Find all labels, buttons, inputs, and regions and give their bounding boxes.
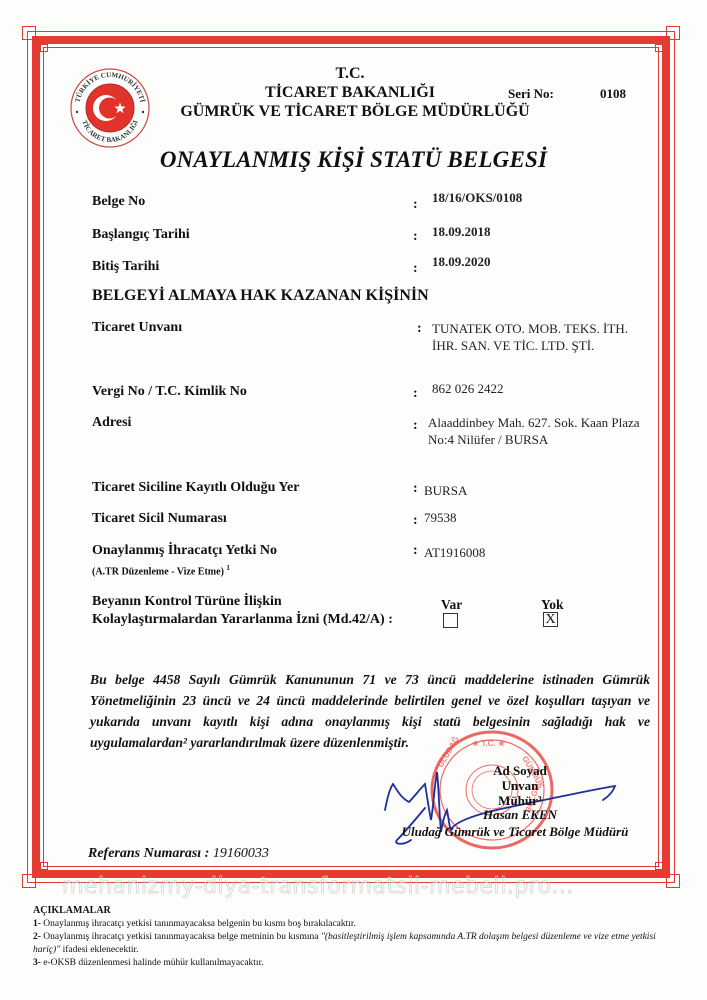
exporter-auth-sublabel: (A.TR Düzenleme - Vize Etme) 1 bbox=[92, 564, 230, 577]
option-no-checkbox[interactable]: X bbox=[543, 612, 558, 627]
option-yes-label: Var bbox=[441, 597, 462, 613]
signatory-name: Hasan EKEN bbox=[460, 807, 580, 822]
start-date-value: 18.09.2018 bbox=[432, 224, 491, 240]
reference-number: Referans Numarası : 19160033 bbox=[88, 846, 269, 862]
frame-corner-ornament bbox=[655, 44, 663, 52]
note-item: 3- e-OKSB düzenlenmesi halinde mühür kul… bbox=[33, 957, 683, 970]
exporter-auth-label: Onaylanmış İhracatçı Yetki No bbox=[92, 543, 277, 559]
registry-place-label: Ticaret Siciline Kayıtlı Olduğu Yer bbox=[92, 480, 299, 496]
address-value-line2: No:4 Nilüfer / BURSA bbox=[428, 432, 548, 448]
colon: : bbox=[413, 481, 418, 497]
tax-no-value: 862 026 2422 bbox=[432, 381, 504, 397]
end-date-value: 18.09.2020 bbox=[432, 254, 491, 270]
end-date-label: Bitiş Tarihi bbox=[92, 259, 159, 275]
colon: : bbox=[413, 513, 418, 529]
registry-place-value: BURSA bbox=[424, 483, 467, 499]
frame-corner-ornament bbox=[22, 874, 36, 888]
facilitation-label-line2: Kolaylaştırmalardan Yararlanma İzni (Md.… bbox=[92, 612, 393, 628]
frame-corner-ornament bbox=[40, 44, 48, 52]
ministry-seal-icon: TÜRKİYE CUMHURİYETİ TİCARET BAKANLIĞI bbox=[69, 67, 151, 149]
watermark-text: mehanizmy-dlya-transformatsii-mebeli.pro… bbox=[62, 874, 574, 899]
facilitation-label-line1: Beyanın Kontrol Türüne İlişkin bbox=[92, 594, 282, 610]
tax-no-label: Vergi No / T.C. Kimlik No bbox=[92, 384, 247, 400]
trade-name-value-line1: TUNATEK OTO. MOB. TEKS. İTH. bbox=[432, 321, 628, 337]
frame-corner-ornament bbox=[655, 862, 663, 870]
note-item: 2- Onaylanmış ihracatçı yetkisi tanınmay… bbox=[33, 931, 683, 957]
svg-text:★ T.C. ★: ★ T.C. ★ bbox=[472, 739, 506, 748]
document-no-label: Belge No bbox=[92, 194, 145, 210]
header-country: T.C. bbox=[180, 64, 520, 83]
exporter-auth-value: AT1916008 bbox=[424, 545, 485, 561]
colon: : bbox=[417, 321, 422, 337]
note-item: 1- Onaylanmış ihracatçı yetkisi tanınmay… bbox=[33, 918, 683, 931]
start-date-label: Başlangıç Tarihi bbox=[92, 227, 190, 243]
registry-no-label: Ticaret Sicil Numarası bbox=[92, 511, 227, 527]
colon: : bbox=[413, 386, 418, 402]
colon: : bbox=[413, 229, 418, 245]
signatory-position: Uludağ Gümrük ve Ticaret Bölge Müdürü bbox=[375, 824, 655, 839]
document-title: ONAYLANMIŞ KİŞİ STATÜ BELGESİ bbox=[0, 147, 707, 173]
serial-value: 0108 bbox=[600, 86, 626, 102]
notes-title: AÇIKLAMALAR bbox=[33, 905, 111, 916]
trade-name-value-line2: İHR. SAN. VE TİC. LTD. ŞTİ. bbox=[432, 338, 594, 354]
header-ministry: TİCARET BAKANLIĞI bbox=[180, 83, 520, 102]
option-no-label: Yok bbox=[541, 597, 564, 613]
frame-corner-ornament bbox=[666, 26, 680, 40]
signature-title-label: Unvan bbox=[460, 778, 580, 793]
registry-no-value: 79538 bbox=[424, 510, 457, 526]
signature-name-label: Ad Soyad bbox=[460, 763, 580, 778]
header-directorate: GÜMRÜK VE TİCARET BÖLGE MÜDÜRLÜĞÜ bbox=[155, 102, 555, 121]
frame-corner-ornament bbox=[22, 26, 36, 40]
legal-statement: Bu belge 4458 Sayılı Gümrük Kanununun 71… bbox=[90, 669, 650, 753]
address-value-line1: Alaaddinbey Mah. 627. Sok. Kaan Plaza bbox=[428, 415, 640, 431]
colon: : bbox=[413, 261, 418, 277]
colon: : bbox=[413, 418, 418, 434]
frame-corner-ornament bbox=[666, 874, 680, 888]
option-yes-checkbox[interactable] bbox=[443, 613, 458, 628]
signature-seal-label: Mühür³ bbox=[460, 793, 580, 808]
trade-name-label: Ticaret Unvanı bbox=[92, 320, 182, 336]
document-no-value: 18/16/OKS/0108 bbox=[432, 190, 522, 206]
frame-corner-ornament bbox=[40, 862, 48, 870]
colon: : bbox=[413, 197, 418, 213]
holder-section-title: BELGEYİ ALMAYA HAK KAZANAN KİŞİNİN bbox=[92, 287, 429, 305]
address-label: Adresi bbox=[92, 415, 131, 431]
colon: : bbox=[413, 543, 418, 559]
serial-label: Seri No: bbox=[508, 86, 554, 102]
